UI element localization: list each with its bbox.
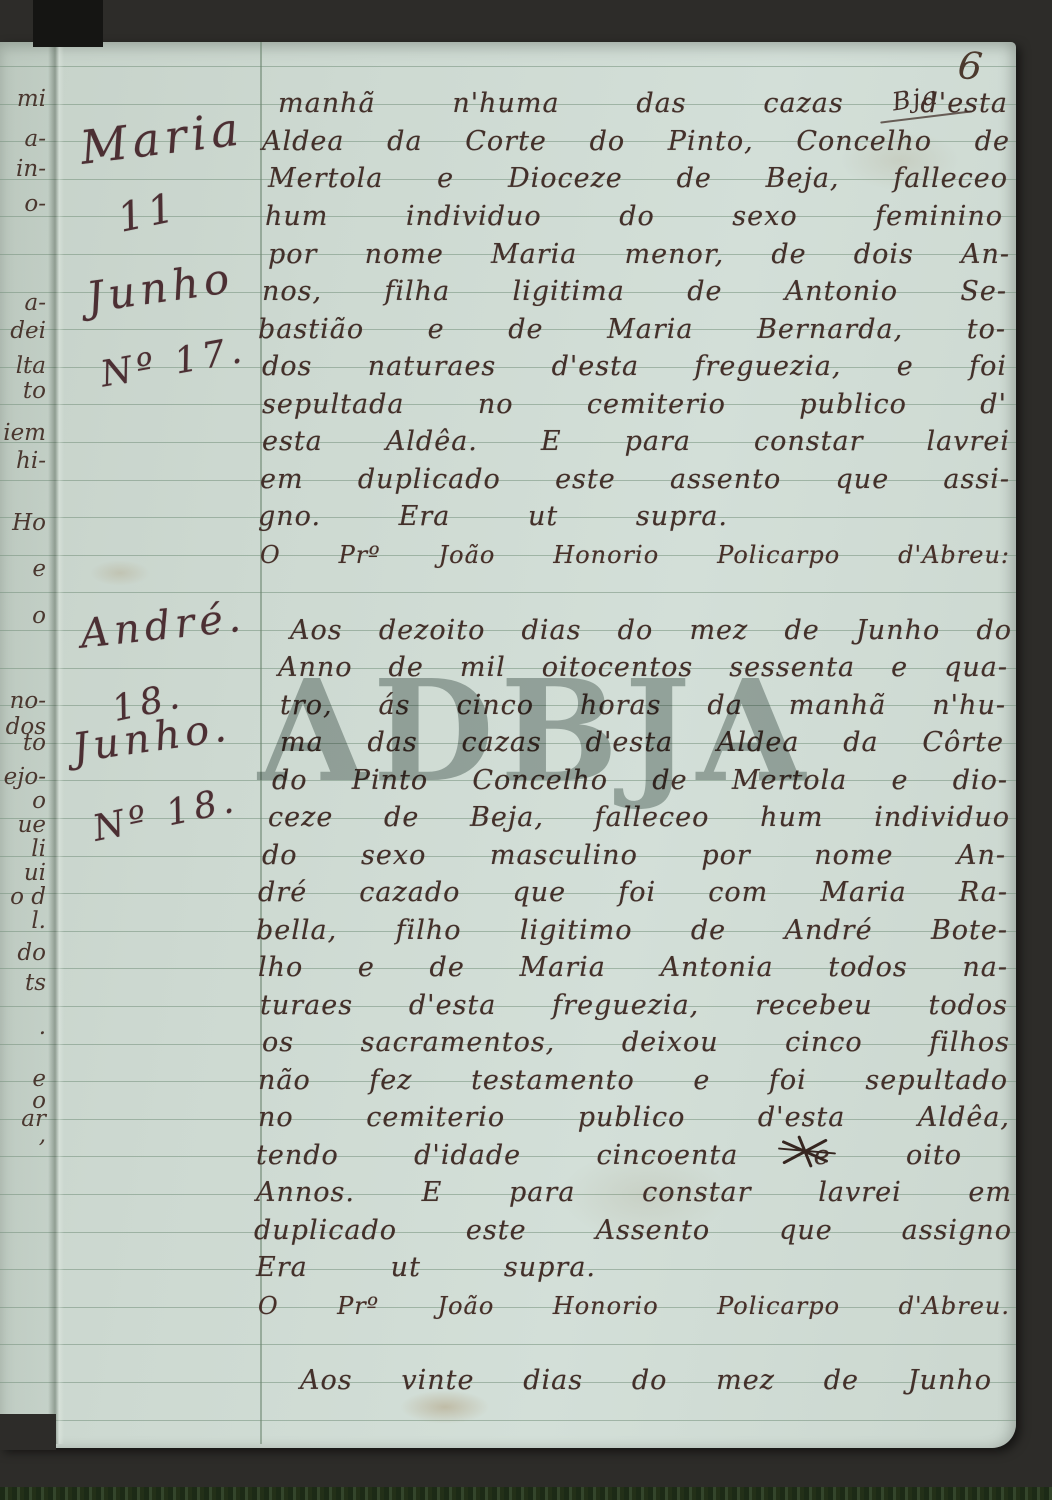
manuscript-line: turaes d'esta freguezia, recebeu todos [260,989,1008,1025]
manuscript-line: Aos vinte dias do mez de Junho [300,1364,992,1400]
manuscript-line: Mertola e Dioceze de Beja, falleceo [268,162,1008,198]
manuscript-line: dré cazado que foi com Maria Ra- [258,876,1008,912]
facing-page-fragment: ts [0,970,46,996]
facing-page-fragment: . [0,1014,46,1040]
manuscript-line: lho e de Maria Antonia todos na- [258,951,1008,987]
book-gutter-fold [48,42,64,1444]
priest-signature-line: O Prº João Honorio Policarpo d'Abreu. [258,1289,1010,1325]
facing-page-fragment: hi- [0,448,46,474]
manuscript-line: gno. Era ut supra. [258,500,728,536]
manuscript-line: dos naturaes d'esta freguezia, e foi [262,350,1007,386]
facing-page-fragment: o- [0,191,46,217]
facing-page-corner [0,1414,56,1450]
manuscript-line: não fez testamento e foi sepultado [258,1064,1008,1100]
ink-blot-star [780,1134,830,1168]
manuscript-line: sepultada no cemiterio publico d' [262,388,1007,424]
facing-page-fragment: a- [0,290,46,316]
manuscript-line: Aldea da Corte do Pinto, Concelho de [262,125,1010,161]
facing-page-fragment: in- [0,156,46,182]
facing-page-fragment: to [0,730,46,756]
manuscript-line: por nome Maria menor, de dois An- [268,238,1010,274]
manuscript-line: nos, filha ligitima de Antonio Se- [262,275,1007,311]
facing-page-fragment: , [0,1122,46,1148]
facing-page-fragment: mi [0,86,46,112]
facing-page-fragment: ui [0,860,46,886]
facing-page-fragment: ejo- [0,764,46,790]
priest-signature-line: O Prº João Honorio Policarpo d'Abreu: [260,538,1010,574]
archive-watermark: ADBJA [258,662,811,802]
manuscript-line: Era ut supra. [256,1251,596,1287]
manuscript-line: do sexo masculino por nome An- [262,839,1006,875]
facing-page-fragment: Ho [0,510,46,536]
facing-page-fragment: l. [0,908,46,934]
facing-page-fragment: ue [0,812,46,838]
facing-page-fragment: o [0,603,46,629]
facing-page-fragment: li [0,836,46,862]
facing-page-fragment: o d [0,884,46,910]
ruled-line [0,66,1016,67]
ruled-line [0,592,1016,593]
facing-page-fragment: dei [0,318,46,344]
manuscript-line: em duplicado este assento que assi- [260,463,1010,499]
manuscript-line: tendo d'idade cincoenta e oito [256,1139,962,1175]
manuscript-line: hum individuo do sexo feminino [265,200,1003,236]
facing-page-fragment: no- [0,688,46,714]
ruled-line [0,1344,1016,1345]
facing-page-fragment: lta [0,353,46,379]
facing-page-fragment: a- [0,126,46,152]
manuscript-line: esta Aldêa. E para constar lavrei [262,425,1010,461]
manuscript-line: bella, filho ligitimo de André Bote- [256,914,1008,950]
binding-tab [33,0,103,47]
manuscript-line: duplicado este Assento que assigno [254,1214,1012,1250]
manuscript-line: Aos dezoito dias do mez de Junho do [290,614,1012,650]
facing-page-fragment: to [0,378,46,404]
facing-page-fragment: do [0,940,46,966]
ruled-line [0,1420,1016,1421]
manuscript-line: no cemiterio publico d'esta Aldêa, [258,1101,1010,1137]
facing-page-fragment: e [0,556,46,582]
facing-page-fragment: o [0,788,46,814]
manuscript-line: manhã n'huma das cazas d'esta [278,87,1008,123]
facing-page-fragment: iem [0,420,46,446]
manuscript-line: Annos. E para constar lavrei em [256,1176,1012,1212]
scanned-register-page: { "document": { "page_number": "6", "rub… [0,0,1052,1500]
scanner-mat-texture [0,1487,1052,1500]
page-number: 6 [956,43,985,89]
manuscript-line: os sacramentos, deixou cinco filhos [262,1026,1010,1062]
manuscript-line: bastião e de Maria Bernarda, to- [258,313,1006,349]
